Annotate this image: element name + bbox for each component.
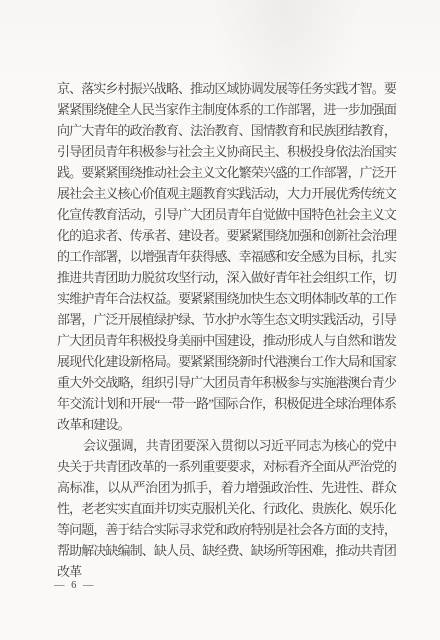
paragraph-continuation: 京、落实乡村振兴战略、推动区域协调发展等任务实践才智。要紧紧围绕健全人民当家作主… <box>57 78 396 435</box>
paragraph: 会议强调，共青团要深入贯彻以习近平同志为核心的党中央关于共青团改革的一系列重要要… <box>57 435 396 582</box>
body-text: 京、落实乡村振兴战略、推动区域协调发展等任务实践才智。要紧紧围绕健全人民当家作主… <box>57 78 396 582</box>
document-page: 京、落实乡村振兴战略、推动区域协调发展等任务实践才智。要紧紧围绕健全人民当家作主… <box>0 0 440 640</box>
page-number: — 6 — <box>54 580 96 591</box>
